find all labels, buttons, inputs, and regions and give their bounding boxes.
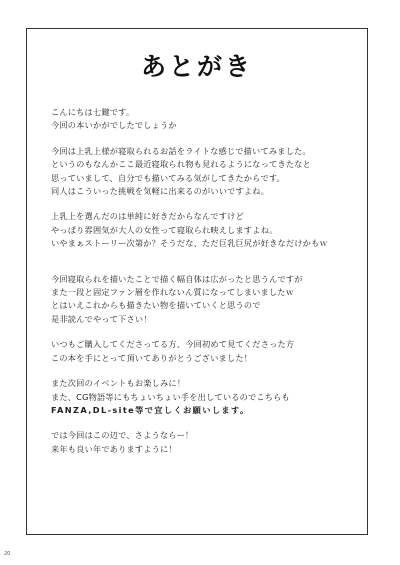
page-number: 20	[4, 551, 10, 557]
paragraph-future: 今回寝取られを描いたことで描く幅自体は広がったと思うんですが また一段と固定ファ…	[51, 273, 361, 327]
text-line: この本を手にとって頂いてありがとうございました！	[51, 352, 361, 365]
text-line: また一段と固定ファン層を作れないん質になってしまいましたｗ	[51, 286, 361, 299]
page-frame: あとがき こんにちは七鍵です。 今回の本いかがでしたでしょうか 今回は上乳上様が…	[26, 28, 368, 535]
text-line: 今回の本いかがでしたでしょうか	[51, 119, 361, 132]
text-line: とはいえこれからも描きたい物を描いていくと思うので	[51, 299, 361, 312]
paragraph-farewell: では今回はこの辺で、さようならー！ 来年も良い年でありますように！	[51, 429, 361, 456]
text-line: というのもなんかここ最近寝取られ物も見れるようになってきたなと	[51, 158, 361, 171]
text-line: いやまぁストーリー次第か？そうだな、ただ巨乳巨尻が好きなだけかもｗ	[51, 237, 361, 250]
text-line: では今回はこの辺で、さようならー！	[51, 429, 361, 442]
text-line: 思っていまして、自分でも描いてみる気がしてきたからです。	[51, 172, 361, 185]
text-line: いつもご購入してくださってる方、今回初めて見てくださった方	[51, 338, 361, 351]
paragraph-announcements: また次回のイベントもお楽しみに！ また、CG物語等にもちょいちょい手を出している…	[51, 377, 361, 417]
afterword-body: こんにちは七鍵です。 今回の本いかがでしたでしょうか 今回は上乳上様が寝取られる…	[51, 106, 361, 468]
text-line: やっぱり雰囲気が大人の女性って寝取られ映えしますよね。	[51, 224, 361, 237]
text-line: こんにちは七鍵です。	[51, 106, 361, 119]
text-line: 上乳上を選んだのは単純に好きだからなんですけど	[51, 210, 361, 223]
text-line: 今回寝取られを描いたことで描く幅自体は広がったと思うんですが	[51, 273, 361, 286]
text-line: 是非読んでやって下さい！	[51, 313, 361, 326]
text-line: また次回のイベントもお楽しみに！	[51, 377, 361, 390]
page-title: あとがき	[27, 47, 367, 83]
paragraph-character-choice: 上乳上を選んだのは単純に好きだからなんですけど やっぱり雰囲気が大人の女性って寝…	[51, 210, 361, 250]
text-line-stores: FANZA,DL-site等で宜しくお願いします。	[51, 404, 361, 417]
text-line: 来年も良い年でありますように！	[51, 443, 361, 456]
text-line: 同人はこういった挑戦を気軽に出来るのがいいですよね。	[51, 185, 361, 198]
text-line: 今回は上乳上様が寝取られるお話をライトな感じで描いてみました。	[51, 145, 361, 158]
text-line: また、CG物語等にもちょいちょい手を出しているのでこちらも	[51, 391, 361, 404]
paragraph-theme: 今回は上乳上様が寝取られるお話をライトな感じで描いてみました。 というのもなんか…	[51, 145, 361, 199]
paragraph-greeting: こんにちは七鍵です。 今回の本いかがでしたでしょうか	[51, 106, 361, 133]
paragraph-thanks: いつもご購入してくださってる方、今回初めて見てくださった方 この本を手にとって頂…	[51, 338, 361, 365]
